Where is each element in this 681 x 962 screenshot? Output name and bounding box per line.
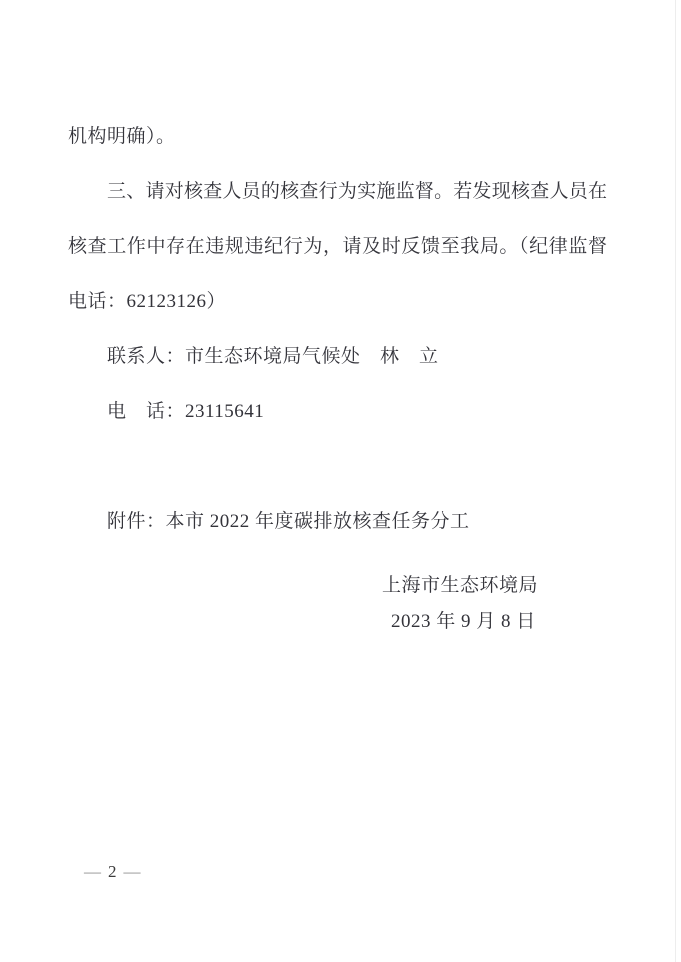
page-number-dash-right: — [124,862,141,881]
discipline-phone-line: 电话：62123126） [68,284,607,320]
attachment-line: 附件：本市 2022 年度碳排放核查任务分工 [68,504,607,540]
contact-phone-line: 电 话：23115641 [68,394,607,430]
page-number: 2 [108,862,117,881]
blank-spacer-line [68,449,607,485]
page-number-dash-left: — [84,862,101,881]
signature-date: 2023 年 9 月 8 日 [391,604,536,640]
contact-person-line: 联系人：市生态环境局气候处 林 立 [68,339,607,375]
signature-organization: 上海市生态环境局 [382,568,538,604]
paragraph-continuation-line: 机构明确）。 [68,119,607,155]
document-page: 机构明确）。 三、请对核查人员的核查行为实施监督。若发现核查人员在 核查工作中存… [0,0,681,962]
document-body: 机构明确）。 三、请对核查人员的核查行为实施监督。若发现核查人员在 核查工作中存… [68,100,607,559]
supervision-paragraph-line-2: 核查工作中存在违规违纪行为，请及时反馈至我局。（纪律监督 [68,229,607,265]
page-edge-line [675,0,676,962]
page-number-footer: —2— [84,860,141,884]
supervision-paragraph-line-1: 三、请对核查人员的核查行为实施监督。若发现核查人员在 [68,174,607,210]
